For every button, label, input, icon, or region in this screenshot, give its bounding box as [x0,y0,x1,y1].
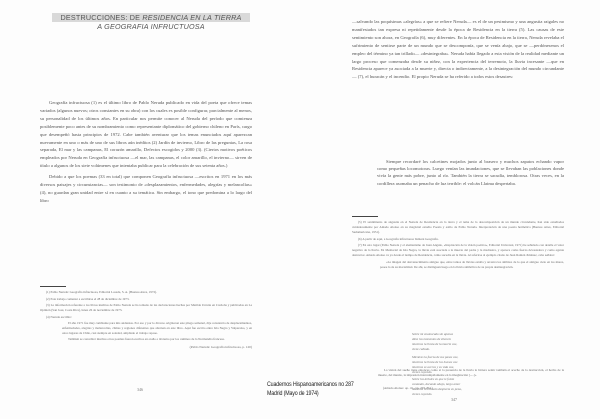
footnote-quote: El año 1971 fue muy cambiante para mis a… [62,321,252,336]
title-italic: RESIDENCIA EN LA TIERRA [142,13,241,22]
paragraph: Debido a que los poemas (33 en total) qu… [40,173,252,205]
right-body-text: —salvando las poquísimas «alegrías» a qu… [352,18,564,81]
paragraph: Geografía infructuosa (1) es el último l… [40,99,252,170]
page-number: 347 [451,397,457,402]
poem-line: vienes cayendo. [412,392,532,397]
poem-line: viene callado. [412,347,532,352]
closing-attribution: (Amado Alonso: op. cit., pp. 203-204.) [383,386,433,393]
poem-stanza: Sobre mi enamorado sin apenas dime los m… [412,332,532,352]
closing-attribution-text: (Amado Alonso: op. cit., pp. 203-204.) [383,386,433,391]
footnote: (7) En otro lugar (Pablo Neruda y el ale… [352,243,564,258]
block-quote-text: Siempre recordaré los calcetines mojados… [377,158,564,187]
title-line-1: DESTRUCCIONES: DE RESIDENCIA EN LA TIERR… [52,13,250,22]
footnote-attribution: (Pablo Neruda: Geografía infructuosa, p.… [40,345,252,350]
stamp-line-2: Madrid (Mayo de 1974) [267,390,354,399]
footnote-quote: También se concebiró muchos otros poemas… [62,337,252,342]
footnote: (1) Pablo Neruda: Geografía infructuosa,… [40,290,252,295]
footnote-divider [40,286,66,287]
title-line-2: A GEOGRAFIA INFRUCTUOSA [52,22,250,31]
stamp-line-1: Cuadernos Hispanoamericanos no 287 [267,381,354,390]
left-body-text: Geografía infructuosa (1) es el último l… [40,99,252,205]
footnote: (2) Este trabajo comenzó a escribirse el… [40,297,252,302]
footnote-divider [352,216,378,217]
block-quote: Siempre recordaré los calcetines mojados… [377,158,564,187]
left-footnotes: (1) Pablo Neruda: Geografía infructuosa,… [40,290,252,352]
closing-quote: La visión del sueño tiene entonces como … [378,368,564,380]
footnote: (4) Neruda escribió: [40,315,252,320]
article-title: DESTRUCCIONES: DE RESIDENCIA EN LA TIERR… [52,13,250,31]
journal-stamp: Cuadernos Hispanoamericanos no 287 Madri… [267,381,354,398]
footnote-quote: «La imagen del desvanecimiento antiguo q… [380,260,564,270]
closing-quote-text: La visión del sueño tiene entonces como … [378,368,564,378]
footnote: (5) El sentimiento de angustia en el Ner… [352,220,564,235]
page-number: 346 [137,387,143,392]
footnote: (6) A partir de aquí, a Geografía infruc… [352,237,564,242]
right-footnotes: (5) El sentimiento de angustia en el Ner… [352,220,564,271]
footnote: (3) La información referente a los libro… [40,303,252,313]
left-page: DESTRUCCIONES: DE RESIDENCIA EN LA TIERR… [0,0,300,419]
paragraph: —salvando las poquísimas «alegrías» a qu… [352,18,564,81]
title-plain: DESTRUCCIONES: DE [61,13,143,22]
